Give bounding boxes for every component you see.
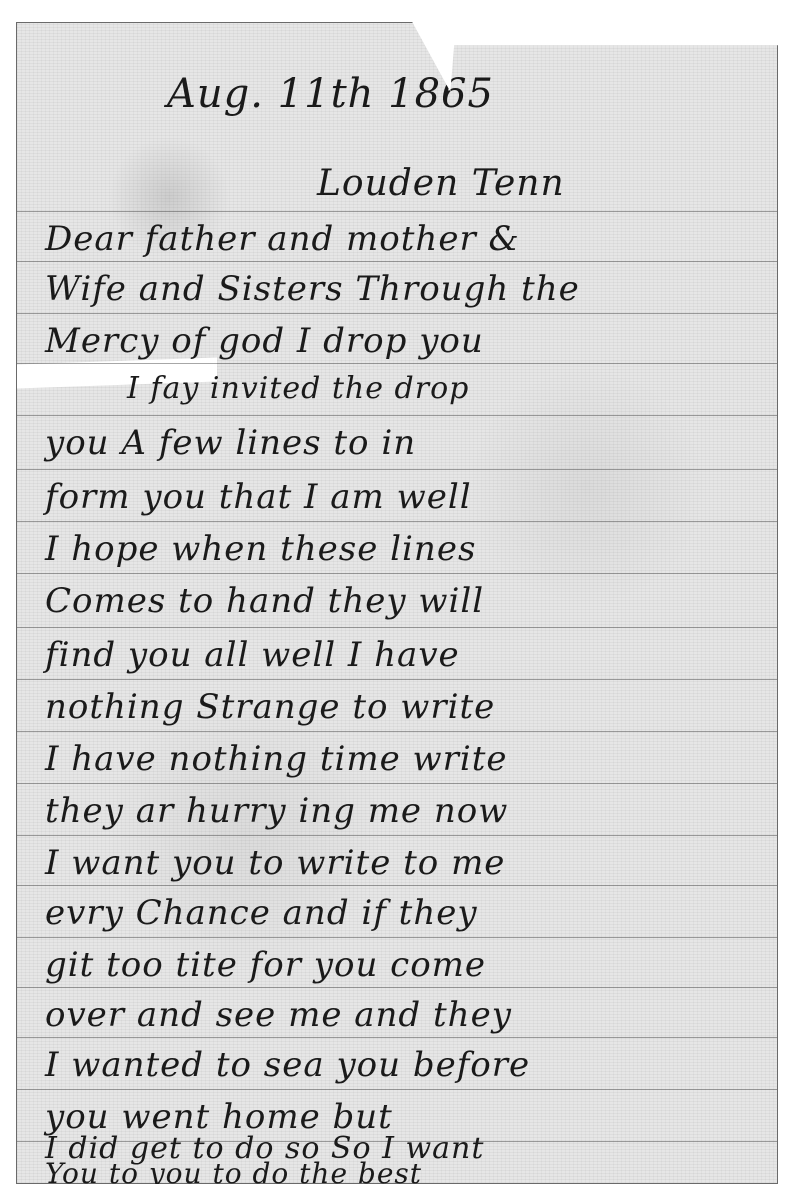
ruled-line: [17, 835, 777, 836]
letter-line: evry Chance and if they: [45, 893, 478, 933]
ruled-line: [17, 1089, 777, 1090]
ruled-line: [17, 731, 777, 732]
letter-line: you A few lines to in: [45, 423, 416, 463]
letter-line: find you all well I have: [45, 635, 460, 675]
ruled-line: [17, 415, 777, 416]
letter-line: I hope when these lines: [45, 529, 476, 569]
letter-place: Louden Tenn: [317, 163, 565, 204]
letter-page: Aug. 11th 1865 Louden Tenn Dear father a…: [16, 22, 778, 1184]
letter-line: they ar hurry ing me now: [45, 791, 508, 831]
letter-line: I wanted to sea you before: [45, 1045, 530, 1085]
letter-line: I fay invited the drop: [127, 371, 469, 406]
letter-line: Dear father and mother &: [45, 219, 520, 259]
letter-line: git too tite for you come: [45, 945, 486, 985]
ruled-line: [17, 521, 777, 522]
letter-line: You to you to do the best: [45, 1157, 422, 1190]
letter-line: form you that I am well: [45, 477, 472, 517]
ruled-line: [17, 783, 777, 784]
ruled-line: [17, 211, 777, 212]
ruled-line: [17, 885, 777, 886]
ruled-line: [17, 261, 777, 262]
letter-date: Aug. 11th 1865: [167, 71, 494, 117]
ruled-line: [17, 987, 777, 988]
ruled-line: [17, 627, 777, 628]
letter-line: over and see me and they: [45, 995, 512, 1035]
ruled-line: [17, 679, 777, 680]
letter-line: Comes to hand they will: [45, 581, 484, 621]
ruled-line: [17, 573, 777, 574]
ruled-line: [17, 469, 777, 470]
letter-line: Wife and Sisters Through the: [45, 269, 580, 309]
ruled-line: [17, 313, 777, 314]
letter-line: I want you to write to me: [45, 843, 505, 883]
letter-line: nothing Strange to write: [45, 687, 495, 727]
ruled-line: [17, 363, 777, 364]
ruled-line: [17, 1037, 777, 1038]
letter-line: I have nothing time write: [45, 739, 508, 779]
letter-line: Mercy of god I drop you: [45, 321, 484, 361]
ruled-line: [17, 937, 777, 938]
